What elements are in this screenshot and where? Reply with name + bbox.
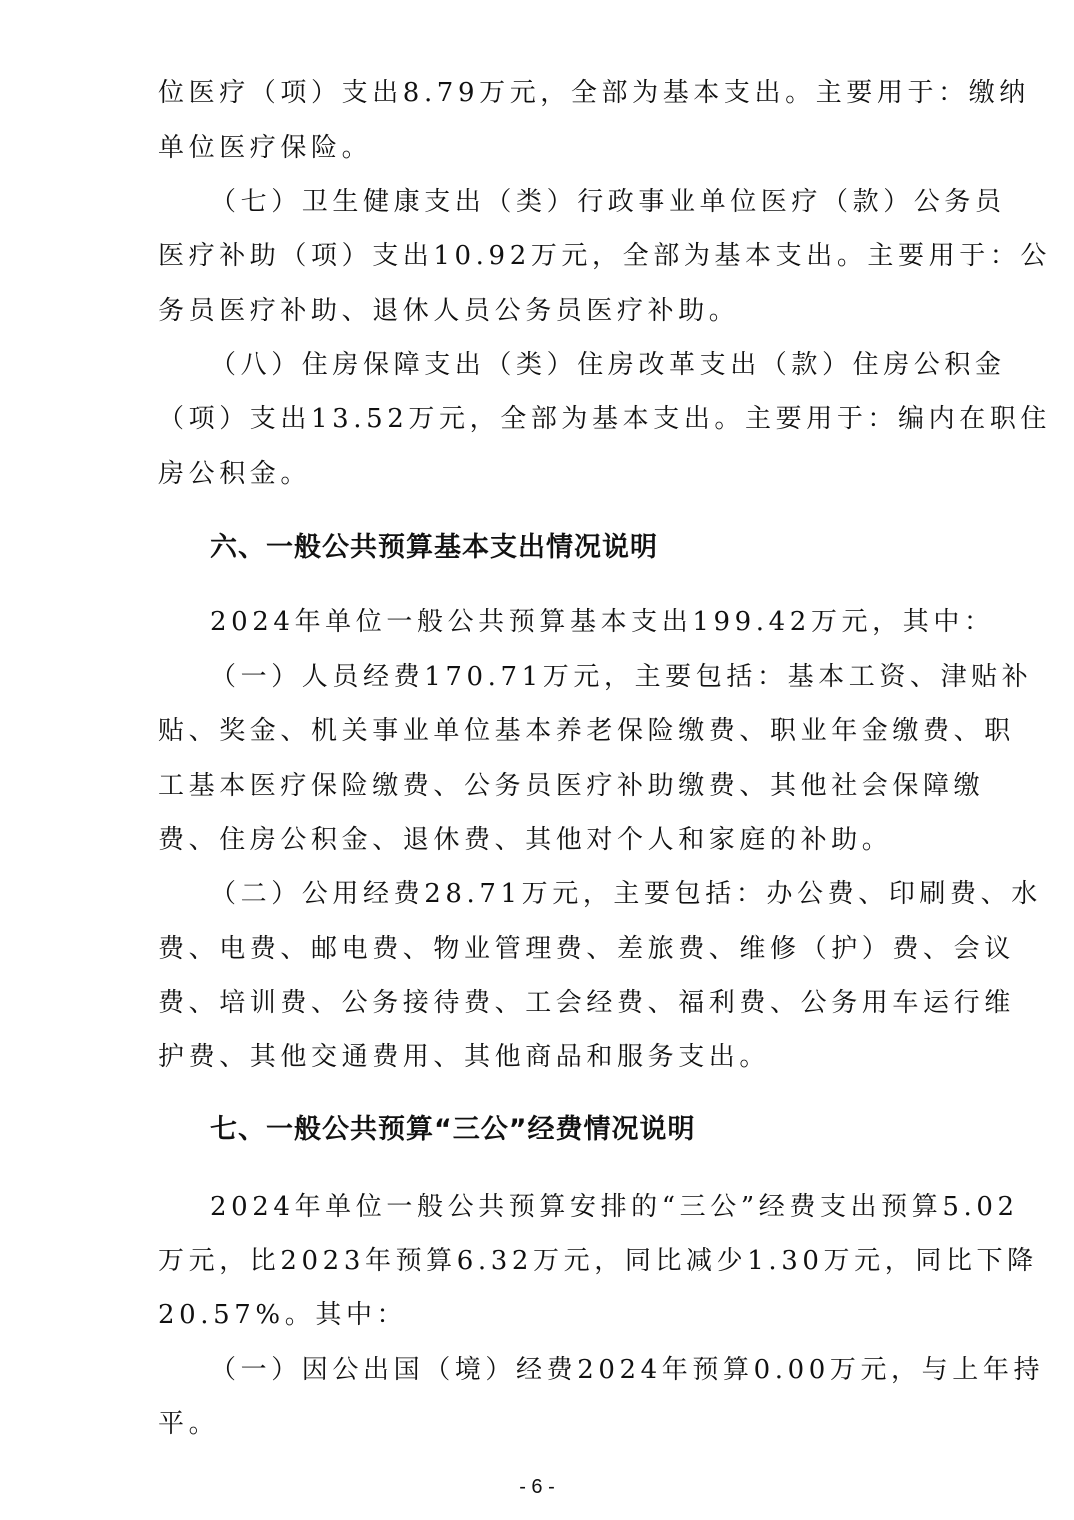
paragraph-line: （八）住房保障支出（类）住房改革支出（款）住房公积金 xyxy=(210,348,930,382)
paragraph-line: 2024年单位一般公共预算安排的“三公”经费支出预算5.02 xyxy=(210,1190,930,1224)
paragraph-line: 医疗补助（项）支出10.92万元，全部为基本支出。主要用于：公 xyxy=(158,239,930,273)
paragraph-line: 护费、其他交通费用、其他商品和服务支出。 xyxy=(158,1040,930,1074)
paragraph-line: 2024年单位一般公共预算基本支出199.42万元，其中： xyxy=(210,605,930,639)
paragraph-line: 单位医疗保险。 xyxy=(158,131,930,165)
paragraph-line: 20.57%。其中： xyxy=(158,1298,930,1332)
paragraph-line: 费、培训费、公务接待费、工会经费、福利费、公务用车运行维 xyxy=(158,986,930,1020)
document-page: 位医疗（项）支出8.79万元，全部为基本支出。主要用于：缴纳 单位医疗保险。 （… xyxy=(0,0,1074,1520)
paragraph-line: （一）因公出国（境）经费2024年预算0.00万元，与上年持 xyxy=(210,1353,930,1387)
paragraph-line: 房公积金。 xyxy=(158,457,930,491)
paragraph-line: 位医疗（项）支出8.79万元，全部为基本支出。主要用于：缴纳 xyxy=(158,76,930,110)
paragraph-line: 费、住房公积金、退休费、其他对个人和家庭的补助。 xyxy=(158,823,930,857)
paragraph-line: 平。 xyxy=(158,1407,930,1441)
paragraph-line: （二）公用经费28.71万元，主要包括：办公费、印刷费、水 xyxy=(210,877,930,911)
page-number: - 6 - xyxy=(0,1476,1074,1499)
paragraph-line: （项）支出13.52万元，全部为基本支出。主要用于：编内在职住 xyxy=(158,402,930,436)
paragraph-line: （一）人员经费170.71万元，主要包括：基本工资、津贴补 xyxy=(210,660,930,694)
paragraph-line: 工基本医疗保险缴费、公务员医疗补助缴费、其他社会保障缴 xyxy=(158,769,930,803)
paragraph-line: 费、电费、邮电费、物业管理费、差旅费、维修（护）费、会议 xyxy=(158,932,930,966)
paragraph-line: 万元，比2023年预算6.32万元，同比减少1.30万元，同比下降 xyxy=(158,1244,930,1278)
section-heading-6: 六、一般公共预算基本支出情况说明 xyxy=(210,530,658,566)
paragraph-line: 贴、奖金、机关事业单位基本养老保险缴费、职业年金缴费、职 xyxy=(158,714,930,748)
paragraph-line: 务员医疗补助、退休人员公务员医疗补助。 xyxy=(158,294,930,328)
section-heading-7: 七、一般公共预算“三公”经费情况说明 xyxy=(210,1112,696,1148)
paragraph-line: （七）卫生健康支出（类）行政事业单位医疗（款）公务员 xyxy=(210,185,930,219)
